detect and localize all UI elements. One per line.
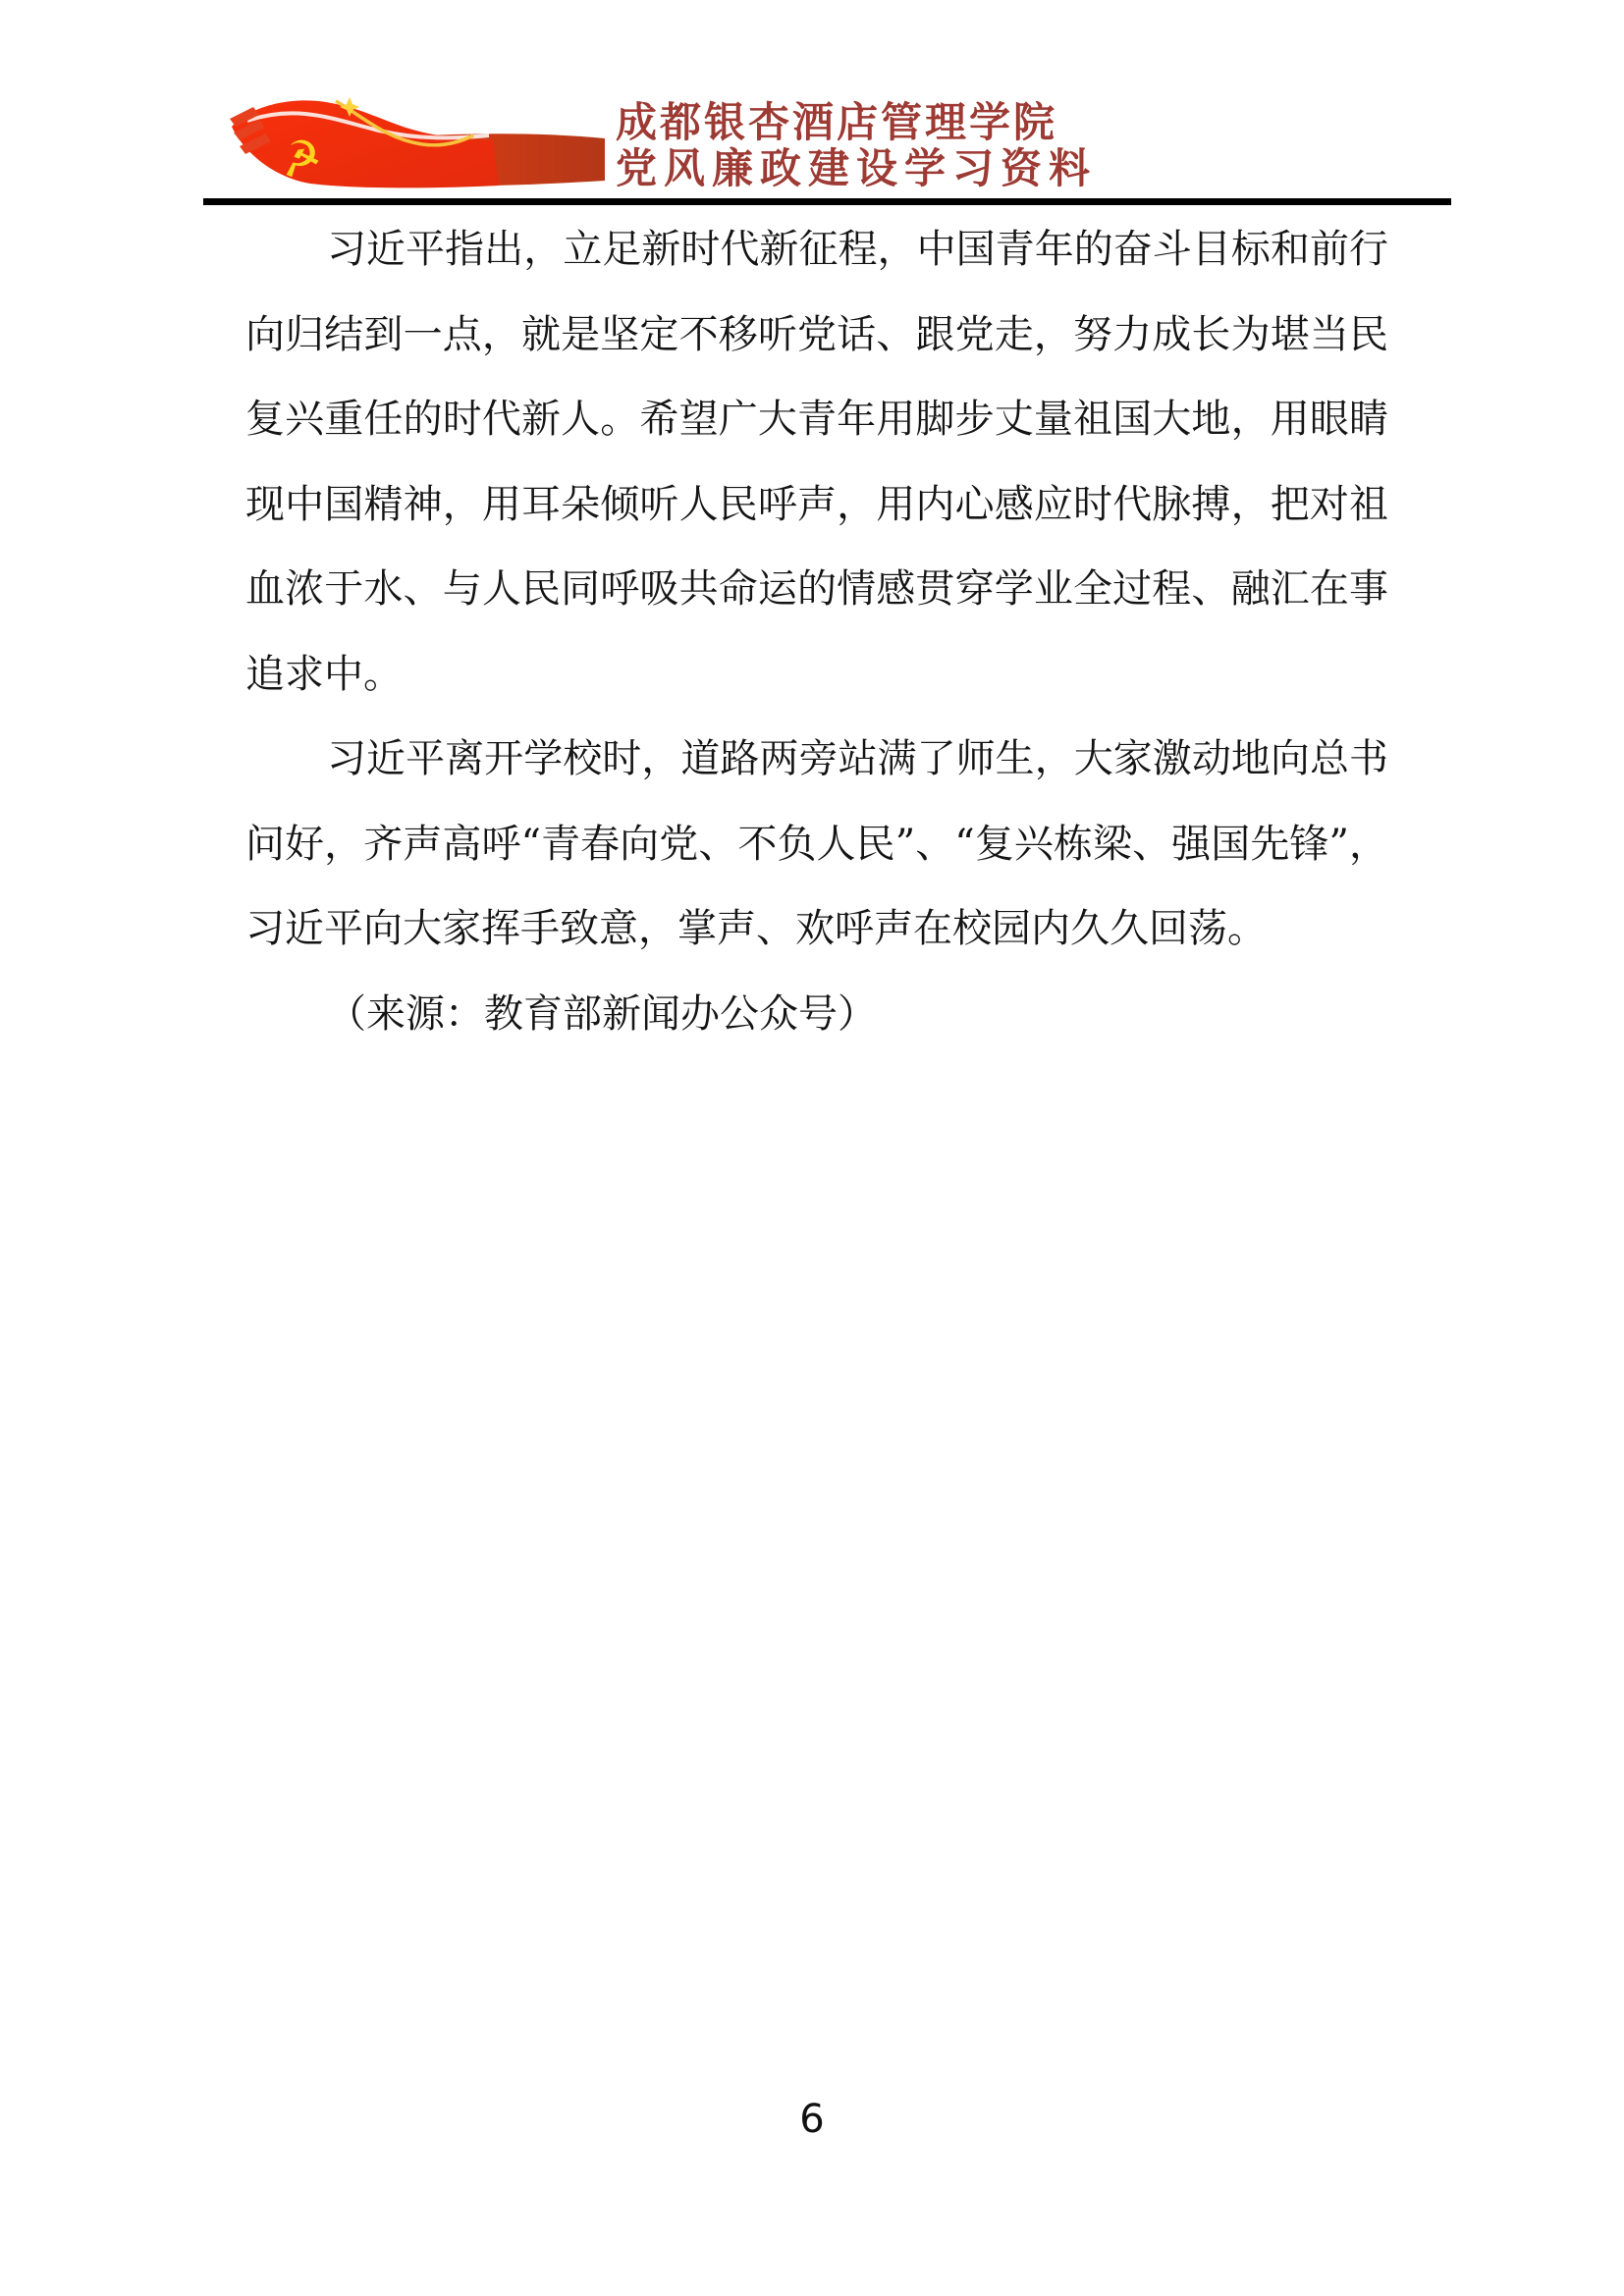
org-title: 成都银杏酒店管理学院 [616, 99, 1097, 145]
doc-subtitle: 党风廉政建设学习资料 [616, 145, 1097, 191]
body-line: 习近平离开学校时，道路两旁站满了师生，大家激动地向总书记 [245, 717, 1388, 802]
body-line: 向归结到一点，就是坚定不移听党话、跟党走，努力成长为堪当民族 [245, 293, 1388, 378]
body-line: 血浓于水、与人民同呼吸共命运的情感贯穿学业全过程、融汇在事业 [245, 547, 1388, 632]
body-line: 复兴重任的时代新人。希望广大青年用脚步丈量祖国大地，用眼睛发 [245, 377, 1388, 462]
document-page: ☭ 成都银杏酒店管理学院 党风廉政建设学习资料 习近平指出，立足新时代新征程，中… [0, 0, 1624, 2296]
body-line: 现中国精神，用耳朵倾听人民呼声，用内心感应时代脉搏，把对祖国 [245, 462, 1388, 548]
body-line: 追求中。 [245, 632, 1388, 718]
source-line: （来源：教育部新闻办公众号） [245, 972, 1388, 1057]
header-divider [203, 198, 1451, 205]
body-line: 习近平指出，立足新时代新征程，中国青年的奋斗目标和前行方 [245, 207, 1388, 293]
header-title-block: 成都银杏酒店管理学院 党风廉政建设学习资料 [616, 99, 1097, 191]
party-flag-logo: ☭ [220, 95, 605, 189]
page-number: 6 [0, 2097, 1624, 2142]
document-body: 习近平指出，立足新时代新征程，中国青年的奋斗目标和前行方 向归结到一点，就是坚定… [245, 207, 1388, 1056]
body-line: 习近平向大家挥手致意，掌声、欢呼声在校园内久久回荡。 [245, 886, 1388, 972]
body-line: 问好，齐声高呼“青春向党、不负人民”、“复兴栋梁、强国先锋”， [245, 802, 1388, 887]
